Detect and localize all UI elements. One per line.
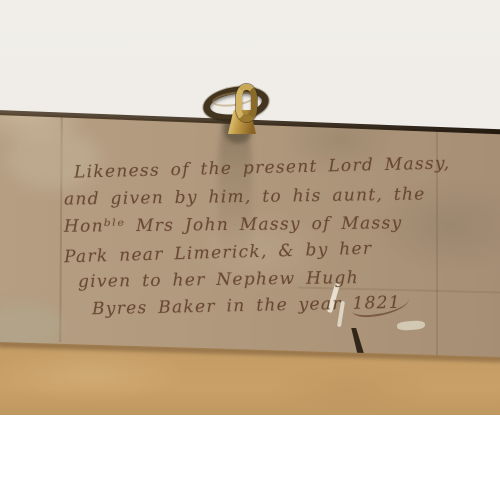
inscription-line-5: given to her Nephew Hugh [78, 268, 359, 292]
photo-frame-back: Likeness of the present Lord Massy, and … [0, 0, 500, 500]
hanger-loop [236, 84, 257, 122]
background-bottom [0, 415, 500, 500]
inscription-line-1: Likeness of the present Lord Massy, [74, 153, 451, 182]
paper-chip-light [397, 320, 426, 331]
inscription-line-3: Honᵇˡᵉ Mrs John Massy of Massy [64, 213, 403, 237]
inscription-line-4: Park near Limerick, & by her [64, 239, 373, 268]
inscription-line-2: and given by him, to his aunt, the [64, 184, 426, 209]
